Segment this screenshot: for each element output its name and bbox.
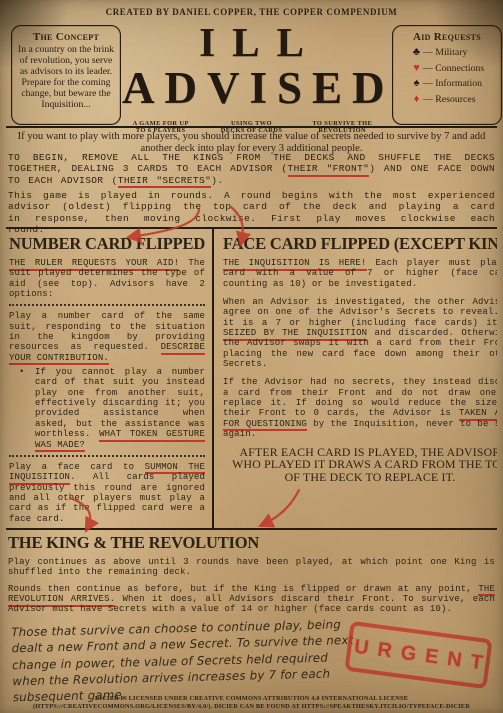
aid-label: — Information bbox=[423, 78, 482, 89]
section-number-card-flipped: NUMBER CARD FLIPPED THE RULER REQUESTS Y… bbox=[6, 229, 212, 530]
aid-label: — Resources bbox=[423, 94, 476, 105]
aid-label: — Connections bbox=[423, 63, 484, 74]
rules-columns: NUMBER CARD FLIPPED THE RULER REQUESTS Y… bbox=[6, 227, 497, 530]
bullet-text: If you cannot play a number card of that… bbox=[35, 367, 205, 452]
concept-box-body: In a country on the brink of revolution,… bbox=[16, 45, 116, 110]
paragraph: If the Advisor had no secrets, they inst… bbox=[223, 377, 497, 439]
paragraph: When an Advisor is investigated, the oth… bbox=[223, 297, 497, 369]
section-header: FACE CARD FLIPPED (EXCEPT KING) bbox=[223, 234, 497, 254]
concept-box: The Concept In a country on the brink of… bbox=[11, 25, 121, 125]
game-title-line2: ADVISED bbox=[112, 65, 391, 112]
section-header: THE KING & THE REVOLUTION bbox=[8, 533, 497, 553]
spade-suit-icon: ♠ bbox=[410, 78, 423, 89]
credit-line: CREATED BY DANIEL COPPER, THE COPPER COM… bbox=[0, 7, 503, 17]
club-suit-icon: ♣ bbox=[410, 47, 423, 58]
section-face-card-flipped: FACE CARD FLIPPED (EXCEPT KING) THE INQU… bbox=[212, 229, 497, 530]
players-note: If you want to play with more players, y… bbox=[6, 126, 497, 155]
dotted-divider bbox=[9, 303, 205, 306]
paragraph: Rounds then continue as before, but if t… bbox=[8, 584, 495, 615]
paragraph: Play continues as above until 3 rounds h… bbox=[8, 557, 495, 578]
heart-suit-icon: ♥ bbox=[410, 63, 423, 74]
license-footer: DICIER IS LICENSED UNDER CREATIVE COMMON… bbox=[8, 695, 495, 710]
section-king-revolution: THE KING & THE REVOLUTION Play continues… bbox=[6, 528, 497, 621]
concept-box-title: The Concept bbox=[16, 31, 116, 43]
section-header: NUMBER CARD FLIPPED bbox=[9, 234, 205, 254]
draw-replacement-callout: AFTER EACH CARD IS PLAYED, THE ADVISOR W… bbox=[223, 446, 497, 484]
aid-requests-title: Aid Requests bbox=[397, 31, 497, 43]
aid-label: — Military bbox=[423, 47, 467, 58]
setup-paragraph: TO BEGIN, REMOVE ALL THE KINGS FROM THE … bbox=[8, 152, 495, 186]
paragraph: THE RULER REQUESTS YOUR AID! The suit pl… bbox=[9, 258, 205, 299]
paragraph: Play a face card to SUMMON THE INQUISITI… bbox=[9, 462, 205, 524]
aid-row-information: ♠ — Information bbox=[397, 76, 497, 92]
aid-row-connections: ♥ — Connections bbox=[397, 61, 497, 77]
aid-requests-box: Aid Requests ♣ — Military ♥ — Connection… bbox=[392, 25, 502, 125]
bullet-marker: • bbox=[19, 367, 25, 377]
aid-row-military: ♣ — Military bbox=[397, 45, 497, 61]
rules-sheet-page: CREATED BY DANIEL COPPER, THE COPPER COM… bbox=[0, 0, 503, 713]
game-title: ILL ADVISED bbox=[112, 20, 391, 112]
paragraph: THE INQUISITION IS HERE! Each player mus… bbox=[223, 258, 497, 289]
diamond-suit-icon: ♦ bbox=[410, 94, 423, 105]
bullet-item: • If you cannot play a number card of th… bbox=[9, 367, 205, 450]
dotted-divider bbox=[9, 454, 205, 457]
paragraph: Play a number card of the same suit, res… bbox=[9, 311, 205, 363]
handwritten-note: Those that survive can choose to continu… bbox=[11, 616, 365, 706]
aid-row-resources: ♦ — Resources bbox=[397, 92, 497, 108]
urgent-stamp: URGENT bbox=[344, 621, 492, 689]
game-title-line1: ILL bbox=[112, 20, 391, 64]
